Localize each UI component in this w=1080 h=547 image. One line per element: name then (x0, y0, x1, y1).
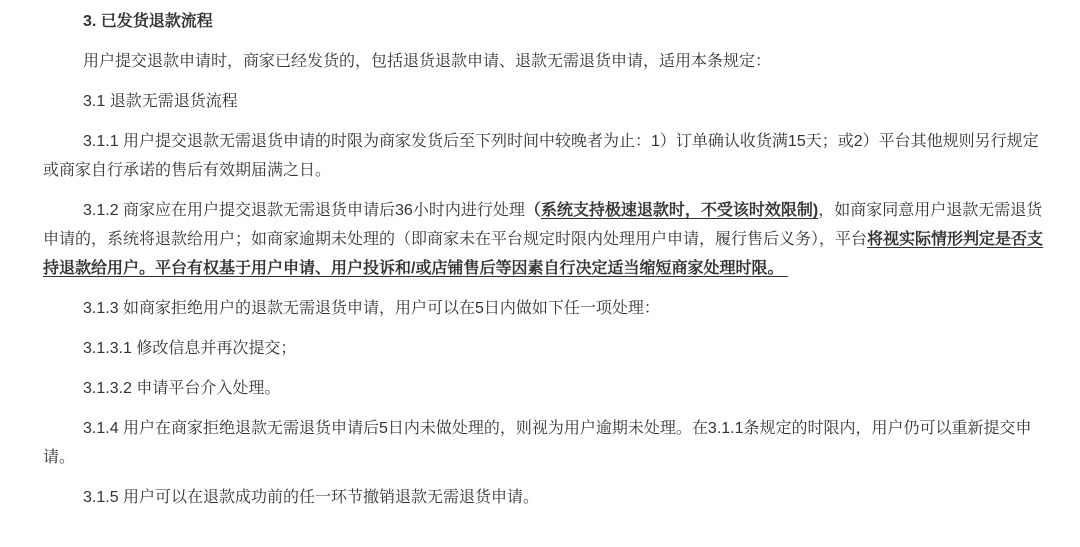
text-run: 3.1.2 商家应在用户提交退款无需退货申请后36小时内进行处理 (83, 202, 525, 219)
document-page: 3. 已发货退款流程 用户提交退款申请时，商家已经发货的，包括退货退款申请、退款… (0, 0, 1080, 547)
subheading-3-1: 3.1 退款无需退货流程 (43, 87, 1046, 116)
para-3-1-1: 3.1.1 用户提交退款无需退货申请的时限为商家发货后至下列时间中较晚者为止：1… (43, 127, 1046, 185)
text-run: 3.1 退款无需退货流程 (83, 93, 238, 110)
para-3-1-3: 3.1.3 如商家拒绝用户的退款无需退货申请，用户可以在5日内做如下任一项处理： (43, 294, 1046, 323)
text-run: （ (525, 202, 541, 219)
text-run: 3.1.5 用户可以在退款成功前的任一环节撤销退款无需退货申请。 (83, 489, 539, 506)
para-intro: 用户提交退款申请时，商家已经发货的，包括退货退款申请、退款无需退货申请，适用本条… (43, 47, 1046, 76)
text-run: 3.1.3.2 申请平台介入处理。 (83, 380, 280, 397)
text-run: 用户提交退款申请时，商家已经发货的，包括退货退款申请、退款无需退货申请，适用本条… (83, 53, 771, 70)
para-3-1-4: 3.1.4 用户在商家拒绝退款无需退货申请后5日内未做处理的，则视为用户逾期未处… (43, 414, 1046, 472)
para-3-1-5: 3.1.5 用户可以在退款成功前的任一环节撤销退款无需退货申请。 (43, 483, 1046, 512)
para-3-1-3-1: 3.1.3.1 修改信息并再次提交； (43, 334, 1046, 363)
text-run: 3.1.1 用户提交退款无需退货申请的时限为商家发货后至下列时间中较晚者为止：1… (43, 133, 1039, 179)
text-run: 系统支持极速退款时，不受该时效限制) (541, 202, 818, 219)
para-3-1-3-2: 3.1.3.2 申请平台介入处理。 (43, 374, 1046, 403)
text-run: 3.1.4 用户在商家拒绝退款无需退货申请后5日内未做处理的，则视为用户逾期未处… (43, 420, 1032, 466)
section-heading: 3. 已发货退款流程 (43, 7, 1046, 36)
text-run: 3.1.3.1 修改信息并再次提交； (83, 340, 296, 357)
text-run: 3.1.3 如商家拒绝用户的退款无需退货申请，用户可以在5日内做如下任一项处理： (83, 300, 660, 317)
para-3-1-2: 3.1.2 商家应在用户提交退款无需退货申请后36小时内进行处理（系统支持极速退… (43, 196, 1046, 283)
